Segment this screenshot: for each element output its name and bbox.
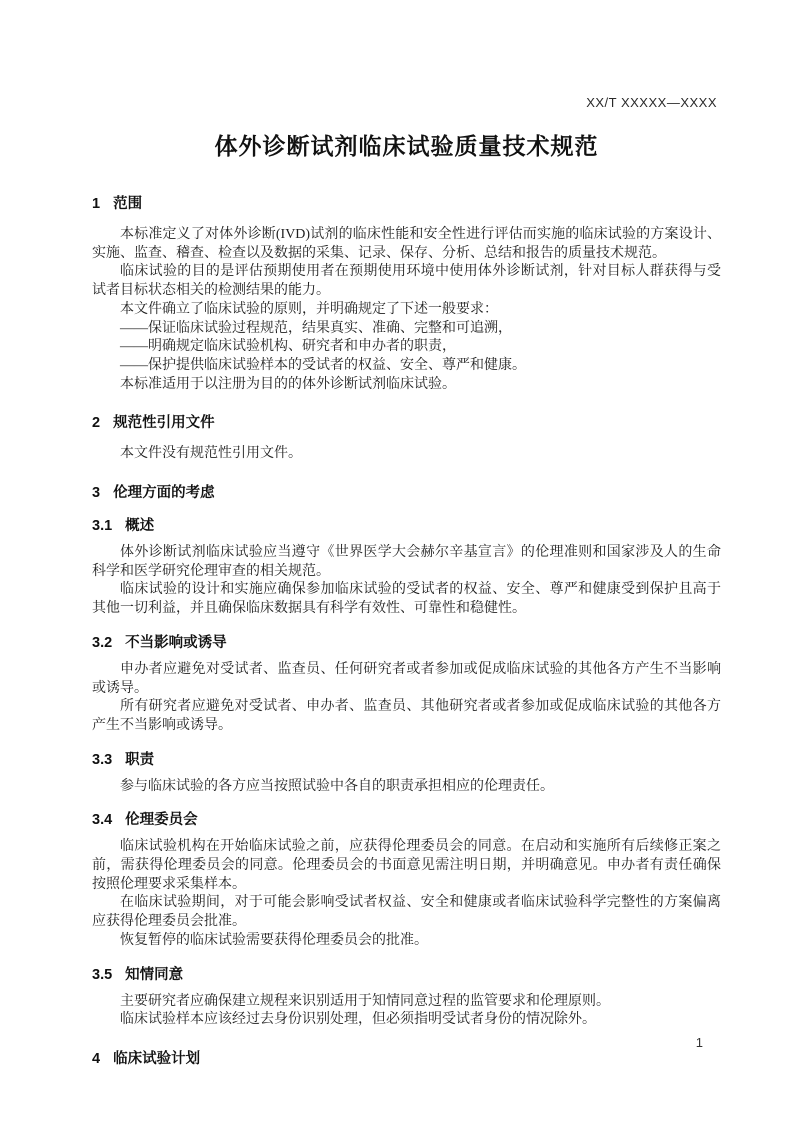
section-number: 3.2 — [92, 635, 112, 651]
section-3-3-heading: 3.3职责 — [92, 751, 721, 769]
section-number: 3 — [92, 485, 100, 501]
paragraph: 本文件没有规范性引用文件。 — [92, 445, 721, 464]
section-title: 职责 — [125, 752, 154, 768]
section-title: 临床试验计划 — [113, 1051, 200, 1067]
section-number: 3.4 — [92, 812, 112, 828]
paragraph: 临床试验机构在开始临床试验之前，应获得伦理委员会的同意。在启动和实施所有后续修正… — [92, 838, 721, 894]
section-title: 规范性引用文件 — [113, 415, 215, 431]
section-3-4-heading: 3.4伦理委员会 — [92, 811, 721, 829]
section-4-heading: 4临床试验计划 — [92, 1050, 721, 1068]
list-item: ——保证临床试验过程规范，结果真实、准确、完整和可追溯， — [92, 320, 721, 339]
section-3-1-heading: 3.1概述 — [92, 517, 721, 535]
paragraph: 本文件确立了临床试验的原则，并明确规定了下述一般要求： — [92, 301, 721, 320]
section-title: 伦理方面的考虑 — [113, 485, 215, 501]
paragraph: 恢复暂停的临床试验需要获得伦理委员会的批准。 — [92, 932, 721, 951]
paragraph: 参与临床试验的各方应当按照试验中各自的职责承担相应的伦理责任。 — [92, 778, 721, 797]
section-number: 3.1 — [92, 518, 112, 534]
doc-code: XX/T XXXXX—XXXX — [586, 95, 717, 110]
paragraph: 所有研究者应避免对受试者、申办者、监查员、其他研究者或者参加或促成临床试验的其他… — [92, 698, 721, 735]
document-content: 体外诊断试剂临床试验质量技术规范 1范围 本标准定义了对体外诊断(IVD)试剂的… — [0, 0, 793, 1068]
section-number: 3.3 — [92, 752, 112, 768]
section-title: 不当影响或诱导 — [125, 635, 227, 651]
section-3-heading: 3伦理方面的考虑 — [92, 484, 721, 502]
document-page: XX/T XXXXX—XXXX 体外诊断试剂临床试验质量技术规范 1范围 本标准… — [0, 0, 793, 1122]
section-1-heading: 1范围 — [92, 195, 721, 213]
section-3-5-heading: 3.5知情同意 — [92, 966, 721, 984]
paragraph: 申办者应避免对受试者、监查员、任何研究者或者参加或促成临床试验的其他各方产生不当… — [92, 661, 721, 698]
list-item: ——保护提供临床试验样本的受试者的权益、安全、尊严和健康。 — [92, 357, 721, 376]
section-number: 4 — [92, 1051, 100, 1067]
paragraph: 本标准适用于以注册为目的的体外诊断试剂临床试验。 — [92, 376, 721, 395]
section-number: 2 — [92, 415, 100, 431]
document-title: 体外诊断试剂临床试验质量技术规范 — [92, 130, 721, 162]
section-title: 范围 — [113, 196, 142, 212]
paragraph: 体外诊断试剂临床试验应当遵守《世界医学大会赫尔辛基宣言》的伦理准则和国家涉及人的… — [92, 544, 721, 581]
paragraph: 临床试验的目的是评估预期使用者在预期使用环境中使用体外诊断试剂，针对目标人群获得… — [92, 263, 721, 300]
section-2-heading: 2规范性引用文件 — [92, 414, 721, 432]
paragraph: 临床试验样本应该经过去身份识别处理，但必须指明受试者身份的情况除外。 — [92, 1011, 721, 1030]
paragraph: 在临床试验期间，对于可能会影响受试者权益、安全和健康或者临床试验科学完整性的方案… — [92, 894, 721, 931]
section-title: 概述 — [125, 518, 154, 534]
list-item: ——明确规定临床试验机构、研究者和申办者的职责， — [92, 338, 721, 357]
section-number: 3.5 — [92, 967, 112, 983]
section-number: 1 — [92, 196, 100, 212]
section-title: 伦理委员会 — [125, 812, 198, 828]
page-number: 1 — [696, 1035, 703, 1050]
paragraph: 临床试验的设计和实施应确保参加临床试验的受试者的权益、安全、尊严和健康受到保护且… — [92, 581, 721, 618]
paragraph: 主要研究者应确保建立规程来识别适用于知情同意过程的监管要求和伦理原则。 — [92, 993, 721, 1012]
section-3-2-heading: 3.2不当影响或诱导 — [92, 634, 721, 652]
section-title: 知情同意 — [125, 967, 183, 983]
paragraph: 本标准定义了对体外诊断(IVD)试剂的临床性能和安全性进行评估而实施的临床试验的… — [92, 226, 721, 263]
